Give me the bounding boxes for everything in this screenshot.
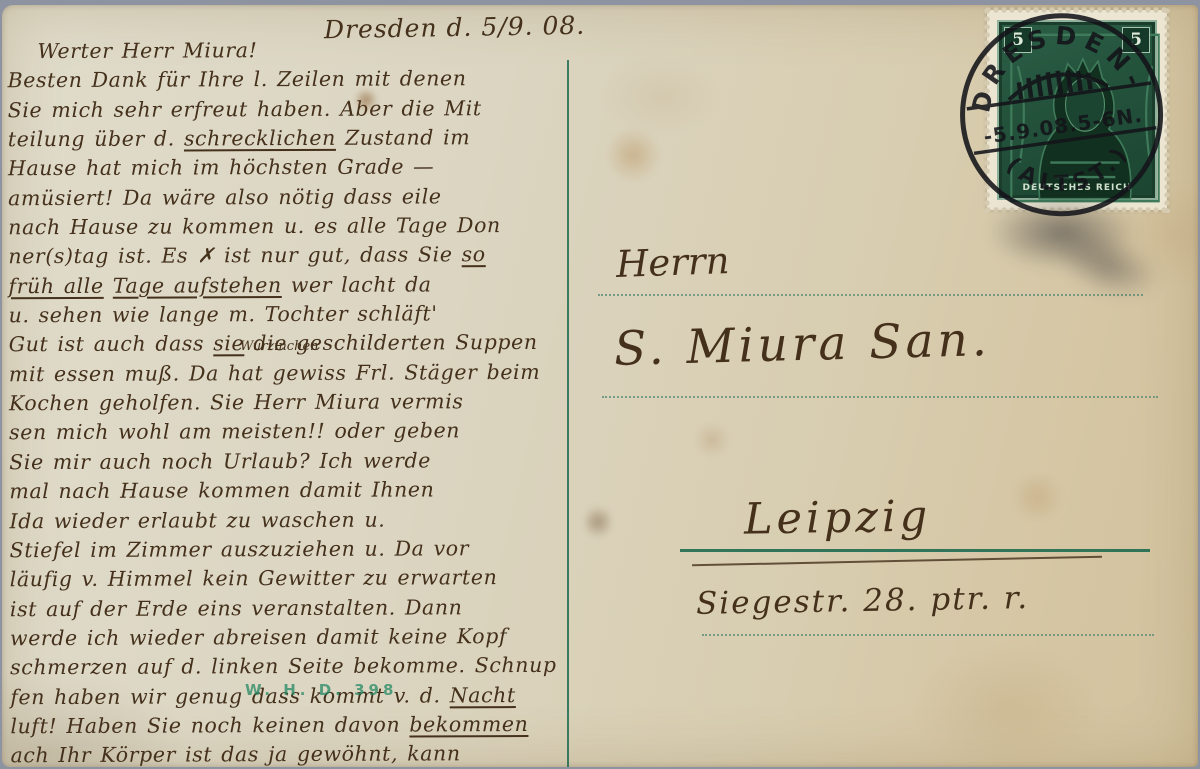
address-divider-line: [567, 60, 569, 767]
city-printed-line: [680, 549, 1150, 552]
fox-stain: [585, 503, 611, 541]
message-line: schmerzen auf d. linken Seite bekomme. S…: [10, 651, 582, 683]
message-line: Sie mich sehr erfreut haben. Aber die Mi…: [8, 93, 580, 125]
message-line: amüsiert! Da wäre also nötig dass eile: [8, 181, 580, 213]
message-line: sen mich wohl am meisten!! oder geben: [9, 416, 581, 448]
address-city: Leipzig: [744, 491, 932, 544]
svg-text:DRESDEN-: DRESDEN-: [956, 9, 1153, 119]
message-line: Besten Dank für Ihre l. Zeilen mit denen: [8, 64, 580, 96]
fox-stain: [1007, 475, 1067, 519]
message-line: Stiefel im Zimmer auszuziehen u. Da vor: [10, 534, 582, 566]
inserted-word: Wurzinchen: [240, 339, 319, 354]
address-street: Siegestr. 28. ptr. r.: [696, 580, 1030, 622]
address-dotted-line: [702, 634, 1154, 636]
message-line: ach Ihr Körper ist das ja gewöhnt, kann: [10, 739, 582, 767]
message-line: teilung über d. schrecklichen Zustand im: [8, 123, 580, 155]
address-name: S. Miura San.: [613, 312, 991, 377]
message-line: Hause hat mich im höchsten Grade —: [8, 152, 580, 184]
message-line: ner(s)tag ist. Es ✗ ist nur gut, dass Si…: [8, 240, 580, 272]
fox-stain: [604, 129, 662, 181]
postcard-photo: { "photo": { "background_color": "#8e93a…: [0, 0, 1200, 769]
city-hand-underline: [692, 556, 1102, 567]
message-line: mal nach Hause kommen damit Ihnen: [9, 475, 581, 507]
message-lines: Werter Herr Miura!Besten Dank für Ihre l…: [7, 35, 582, 767]
postcard: Dresden d. 5/9. 08. Werter Herr Miura!Be…: [2, 5, 1198, 767]
message-line: früh alle Tage aufstehen wer lacht da: [8, 270, 580, 302]
message-line: läufig v. Himmel kein Gewitter zu erwart…: [10, 563, 582, 595]
ink-blot: [354, 89, 378, 111]
message-line: Kochen geholfen. Sie Herr Miura vermis: [9, 387, 581, 419]
address-salutation: Herrn: [615, 239, 730, 286]
address-dotted-line: [602, 396, 1158, 398]
message-line: Ida wieder erlaubt zu waschen u.: [9, 504, 581, 536]
message-line: mit essen muß. Da hat gewiss Frl. Stäger…: [9, 358, 581, 390]
message-line: luft! Haben Sie noch keinen davon bekomm…: [10, 710, 582, 742]
fox-stain: [692, 425, 732, 455]
address-dotted-line: [598, 294, 1143, 296]
message-line: werde ich wieder abreisen damit keine Ko…: [10, 622, 582, 654]
message-line: Werter Herr Miura!: [7, 35, 579, 67]
postmark-city: DRESDEN-: [956, 9, 1153, 119]
message-line: u. sehen wie lange m. Tochter schläft': [9, 299, 581, 331]
message-line: Sie mir auch noch Urlaub? Ich werde: [9, 446, 581, 478]
message-line: ist auf der Erde eins veranstalten. Dann: [10, 592, 582, 624]
printer-mark: W. H. D. 398: [245, 681, 397, 699]
message-line: nach Hause zu kommen u. es alle Tage Don: [8, 211, 580, 243]
